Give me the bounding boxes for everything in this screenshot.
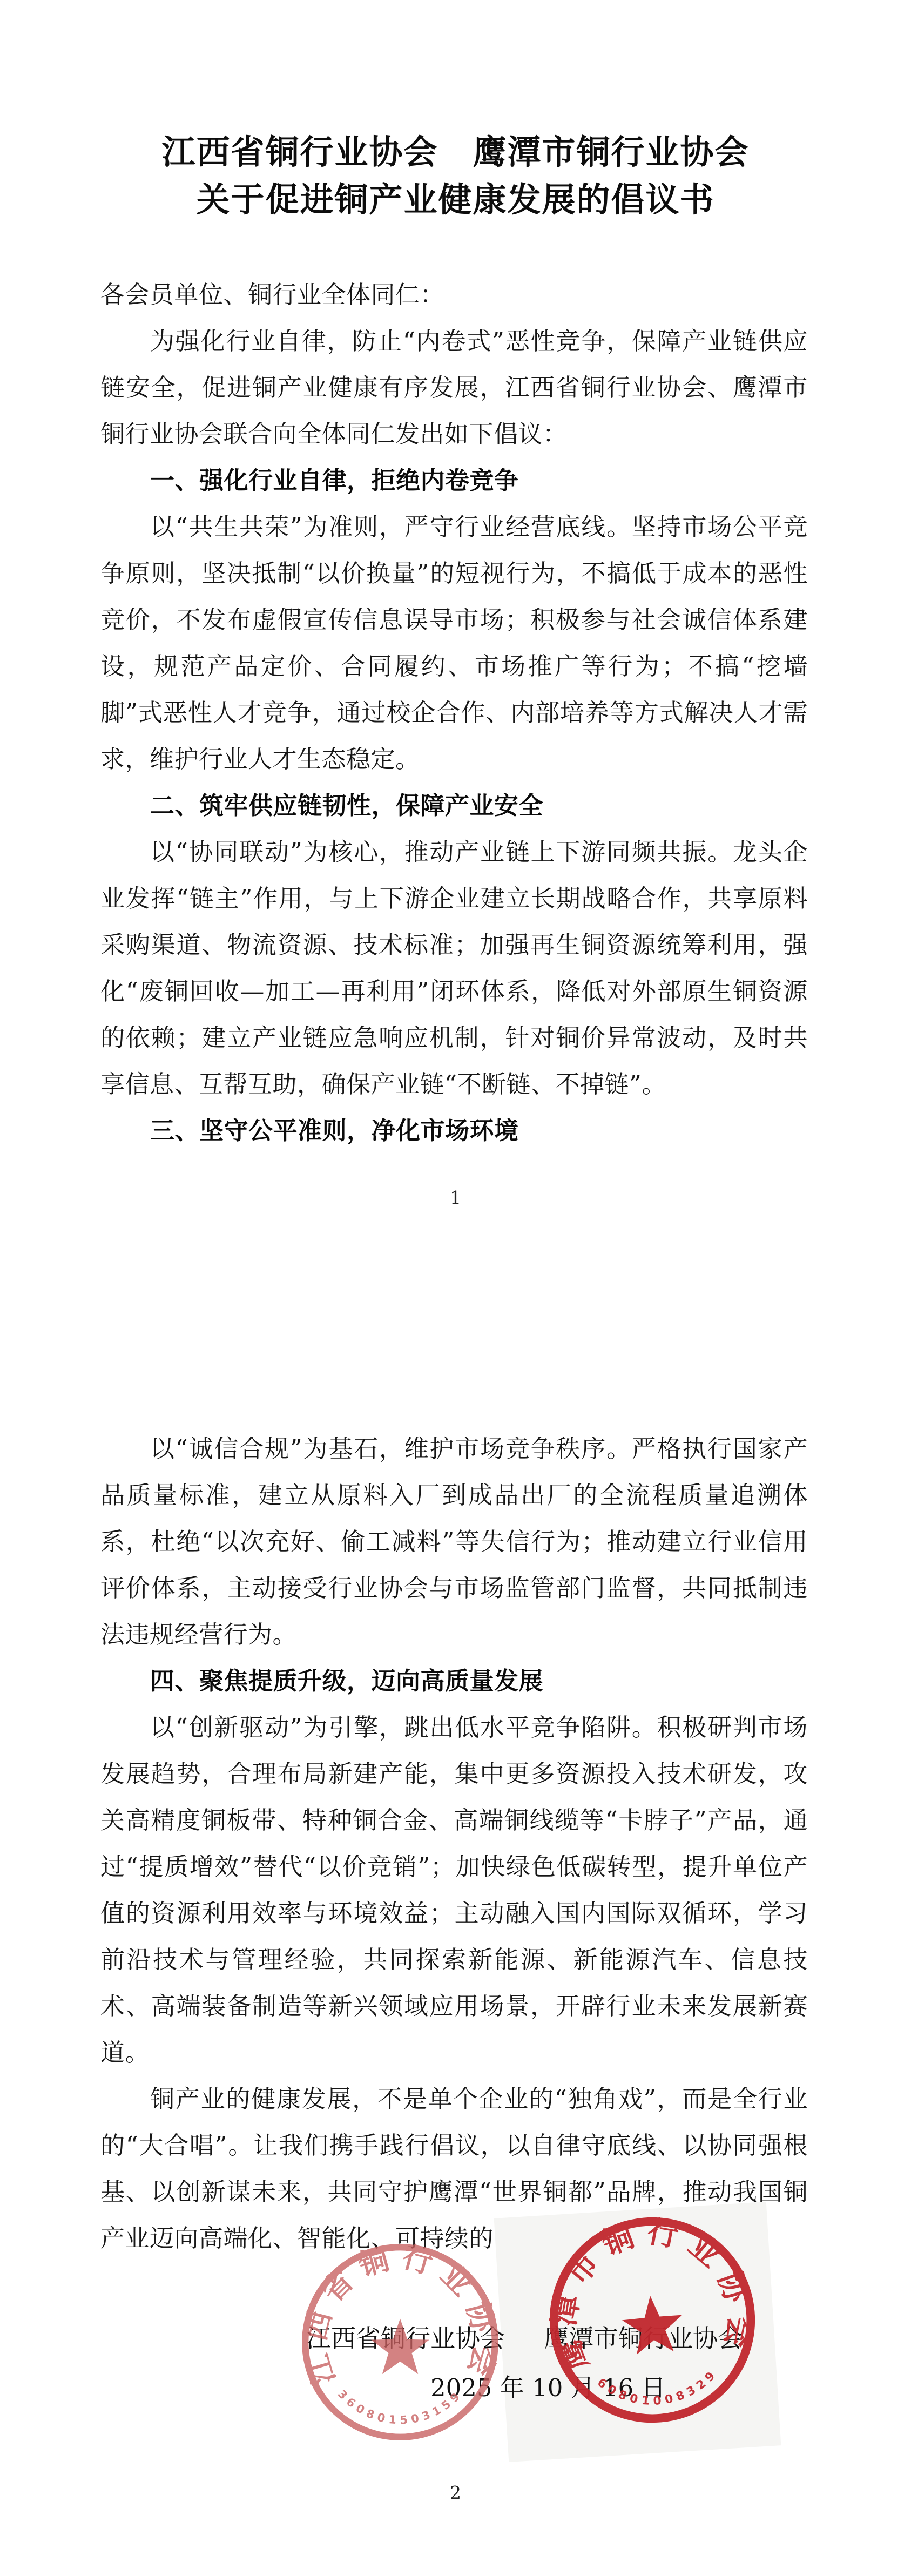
seal-org-arc-text: 江西省铜行业协会: [298, 2240, 502, 2389]
paragraph: 以“共生共荣”为准则，严守行业经营底线。坚持市场公平竞争原则，坚决抵制“以价换量…: [100, 504, 808, 783]
seal-serial-number: 360801503159: [335, 2388, 465, 2427]
section-heading-3: 三、坚守公平准则，净化市场环境: [100, 1108, 808, 1154]
section-heading-1: 一、强化行业自律，拒绝内卷竞争: [100, 457, 808, 504]
page1-body: 各会员单位、铜行业全体同仁： 为强化行业自律，防止“内卷式”恶性竞争，保障产业链…: [100, 272, 808, 1154]
seal-star-icon: [620, 2293, 685, 2356]
seal-graphic: 鹰潭市铜行业协会 3608010083292: [538, 2206, 767, 2435]
greeting-line: 各会员单位、铜行业全体同仁：: [100, 272, 808, 318]
document-page-stack: 江西省铜行业协会 鹰潭市铜行业协会 关于促进铜产业健康发展的倡议书 各会员单位、…: [0, 0, 911, 2576]
page1-number: 1: [0, 1187, 911, 1208]
document-title-line2: 关于促进铜产业健康发展的倡议书: [0, 176, 911, 224]
page2-body: 以“诚信合规”为基石，维护市场竞争秩序。严格执行国家产品质量标准，建立从原料入厂…: [100, 1426, 808, 2262]
official-seal-jiangxi: 江西省铜行业协会 360801503159: [298, 2240, 502, 2444]
paragraph: 以“诚信合规”为基石，维护市场竞争秩序。严格执行国家产品质量标准，建立从原料入厂…: [100, 1426, 808, 1658]
document-title-line1: 江西省铜行业协会 鹰潭市铜行业协会: [0, 129, 911, 176]
paragraph: 以“创新驱动”为引擎，跳出低水平竞争陷阱。积极研判市场发展趋势，合理布局新建产能…: [100, 1704, 808, 2076]
seal-org-arc-text: 鹰潭市铜行业协会: [538, 2206, 762, 2377]
section-heading-4: 四、聚焦提质升级，迈向高质量发展: [100, 1658, 808, 1704]
page2-number: 2: [0, 2482, 911, 2503]
seal-star-icon: [371, 2319, 429, 2375]
paragraph: 以“协同联动”为核心，推动产业链上下游同频共振。龙头企业发挥“链主”作用，与上下…: [100, 829, 808, 1108]
section-heading-2: 二、筑牢供应链韧性，保障产业安全: [100, 783, 808, 829]
paragraph: 为强化行业自律，防止“内卷式”恶性竞争，保障产业链供应链安全，促进铜产业健康有序…: [100, 318, 808, 457]
seal-graphic: 江西省铜行业协会 360801503159: [298, 2240, 502, 2444]
official-seal-yingtan: 鹰潭市铜行业协会 3608010083292: [538, 2206, 767, 2435]
document-title: 江西省铜行业协会 鹰潭市铜行业协会 关于促进铜产业健康发展的倡议书: [0, 129, 911, 224]
